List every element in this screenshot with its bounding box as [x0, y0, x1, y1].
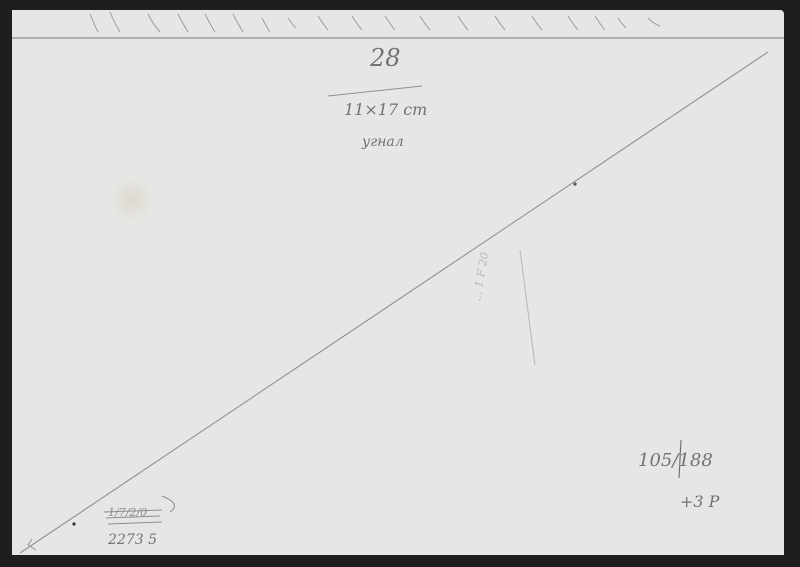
annotation-inventory: 105/188: [638, 450, 713, 471]
annotation-code-right: +3 P: [680, 492, 719, 511]
annotation-dimensions: 11×17 cm: [344, 100, 427, 119]
annotation-number-top: 28: [370, 44, 401, 72]
annotation-struck-code: 1/7/2/0: [108, 506, 147, 519]
pencil-lines: [0, 0, 800, 567]
annotation-code-bottom-left: 2273 5: [108, 532, 157, 548]
annotation-word: угнал: [362, 134, 404, 150]
